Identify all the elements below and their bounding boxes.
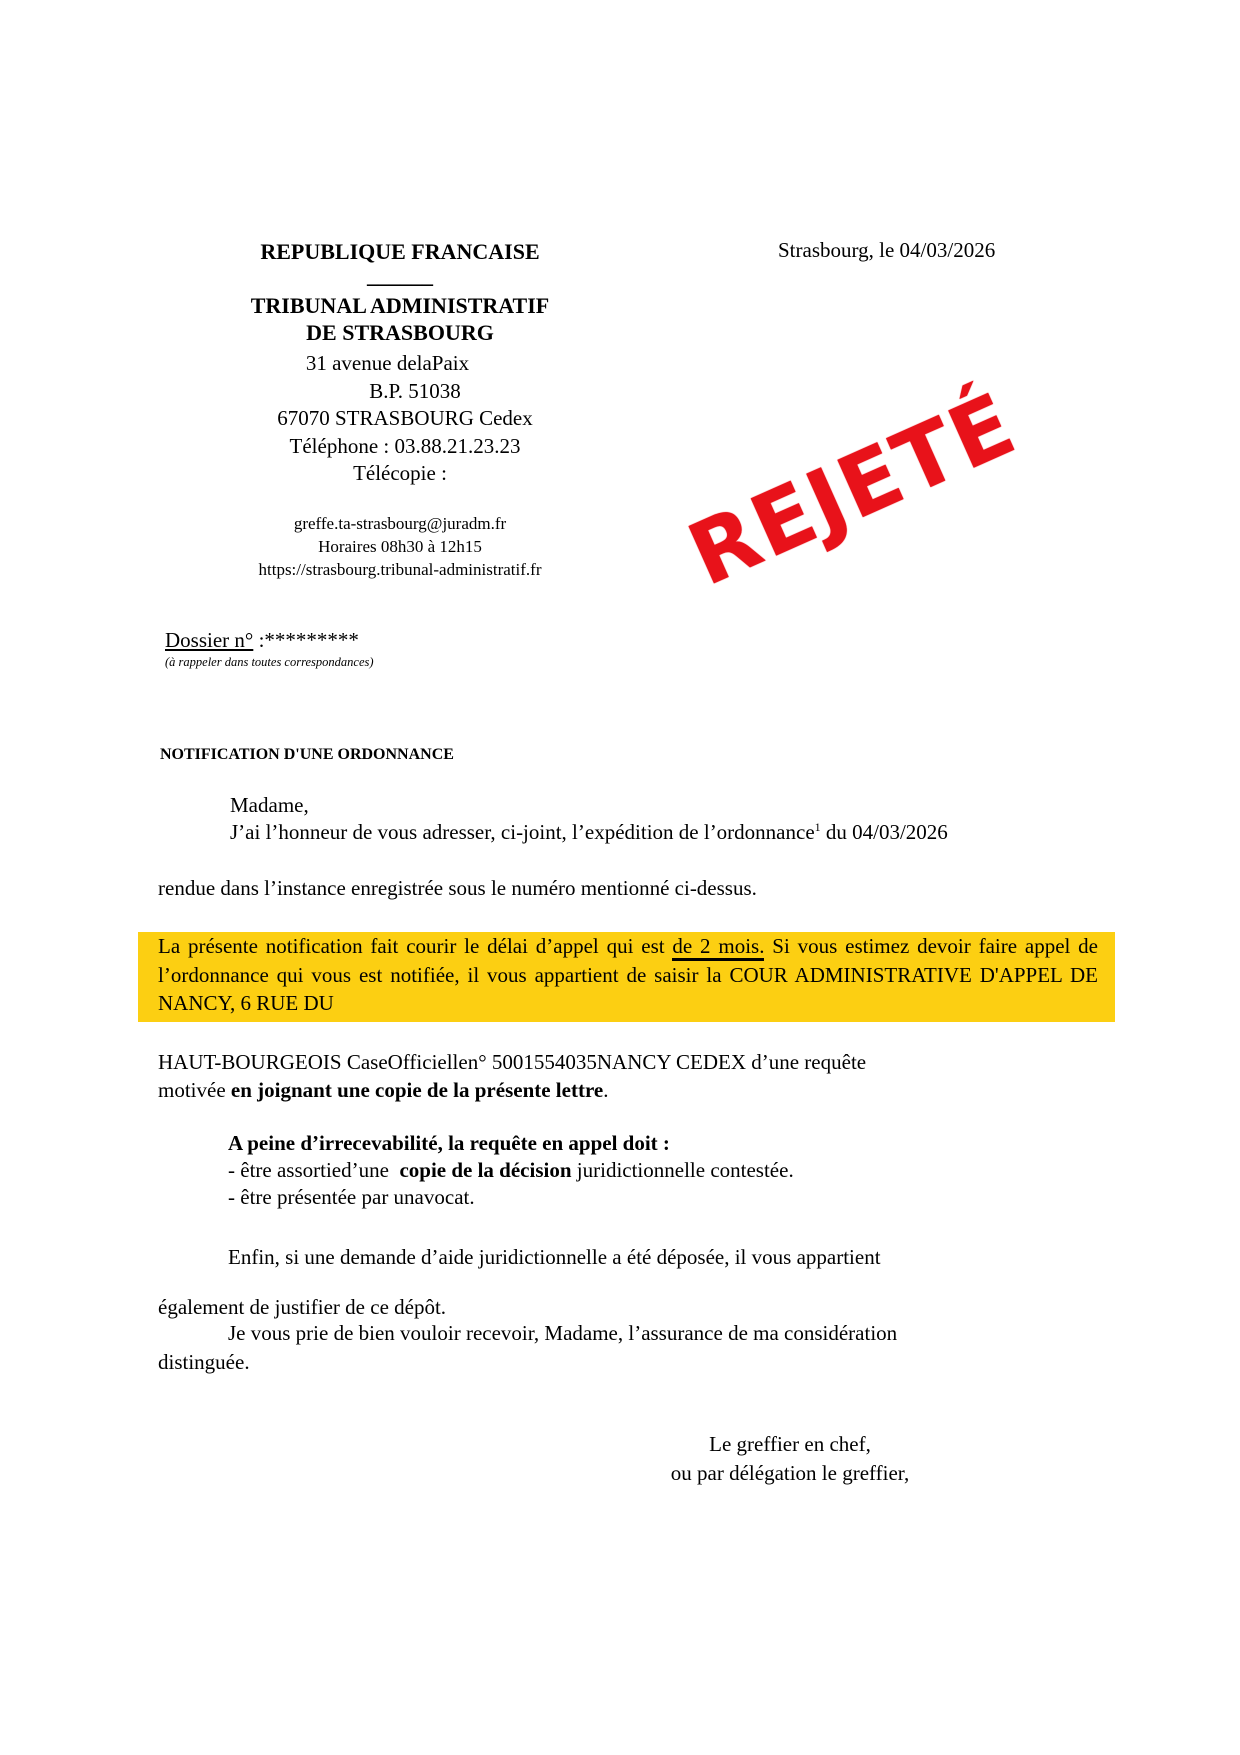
signature-line-2: ou par délégation le greffier,	[640, 1459, 940, 1488]
motivation-bold: en joignant une copie de la présente let…	[231, 1078, 603, 1102]
address-bp: B.P. 51038	[200, 378, 600, 406]
intro-date: du 04/03/2026	[821, 820, 948, 844]
tribunal-line-1: TRIBUNAL ADMINISTRATIF	[200, 292, 600, 319]
contact-email[interactable]: greffe.ta-strasbourg@juradm.fr	[200, 512, 600, 535]
requirement-1-text: - être assortied’une	[228, 1158, 399, 1182]
rejected-stamp: REJETÉ	[640, 360, 1040, 580]
contact-hours: Horaires 08h30 à 12h15	[200, 535, 600, 558]
requirement-1-bold: copie de la décision	[399, 1158, 571, 1182]
salutation: Madame,	[230, 793, 309, 818]
motivation-line: motivée en joignant une copie de la prés…	[158, 1076, 866, 1104]
legal-aid-paragraph: Enfin, si une demande d’aide juridiction…	[158, 1232, 1058, 1332]
appeal-deadline-paragraph: La présente notification fait courir le …	[158, 932, 1098, 1018]
dossier-reminder: (à rappeler dans toutes correspondances)	[165, 655, 374, 670]
appeal-text-start: La présente notification fait courir le …	[158, 934, 672, 958]
court-address-line: HAUT-BOURGEOIS CaseOfficiellen° 50015540…	[158, 1048, 866, 1076]
address-fax: Télécopie :	[200, 460, 600, 488]
dossier-label: Dossier n°	[165, 628, 253, 652]
requirement-1-end: juridictionnelle contestée.	[572, 1158, 794, 1182]
signature-block: Le greffier en chef, ou par délégation l…	[640, 1430, 940, 1488]
instance-sentence: rendue dans l’instance enregistrée sous …	[158, 876, 757, 901]
motivation-text: motivée	[158, 1078, 231, 1102]
admissibility-requirements: A peine d’irrecevabilité, la requête en …	[228, 1130, 794, 1211]
republic-heading: REPUBLIQUE FRANCAISE	[200, 238, 600, 265]
appeal-deadline: de 2 mois.	[672, 934, 764, 961]
requirement-item-1: - être assortied’une copie de la décisio…	[228, 1157, 794, 1184]
closing-line-2: distinguée.	[158, 1348, 1058, 1377]
address-city: 67070 STRASBOURG Cedex	[200, 405, 600, 433]
intro-text: J’ai l’honneur de vous adresser, ci-join…	[230, 820, 815, 844]
contact-website[interactable]: https://strasbourg.tribunal-administrati…	[200, 558, 600, 581]
address-street: 31 avenue delaPaix	[200, 350, 600, 378]
document-title: NOTIFICATION D'UNE ORDONNANCE	[160, 746, 454, 764]
closing-paragraph: Je vous prie de bien vouloir recevoir, M…	[158, 1319, 1058, 1377]
tribunal-contact: greffe.ta-strasbourg@juradm.fr Horaires …	[200, 512, 600, 581]
dossier-value: :*********	[253, 628, 359, 652]
court-address-paragraph: HAUT-BOURGEOIS CaseOfficiellen° 50015540…	[158, 1048, 866, 1104]
requirement-item-2: - être présentée par unavocat.	[228, 1184, 794, 1211]
header-separator: ______	[200, 262, 600, 289]
address-phone: Téléphone : 03.88.21.23.23	[200, 433, 600, 461]
tribunal-line-2: DE STRASBOURG	[200, 319, 600, 346]
tribunal-name: TRIBUNAL ADMINISTRATIF DE STRASBOURG	[200, 292, 600, 346]
closing-line-1: Je vous prie de bien vouloir recevoir, M…	[158, 1319, 1058, 1348]
legal-aid-line-1: Enfin, si une demande d’aide juridiction…	[158, 1232, 1058, 1282]
intro-sentence: J’ai l’honneur de vous adresser, ci-join…	[230, 820, 948, 845]
requirements-title: A peine d’irrecevabilité, la requête en …	[228, 1130, 794, 1157]
signature-line-1: Le greffier en chef,	[640, 1430, 940, 1459]
tribunal-address: 31 avenue delaPaix B.P. 51038 67070 STRA…	[200, 350, 600, 488]
rejected-stamp-text: REJETÉ	[675, 374, 1031, 606]
date-line: Strasbourg, le 04/03/2026	[778, 238, 995, 263]
motivation-end: .	[603, 1078, 608, 1102]
dossier-number: Dossier n° :*********	[165, 628, 359, 653]
